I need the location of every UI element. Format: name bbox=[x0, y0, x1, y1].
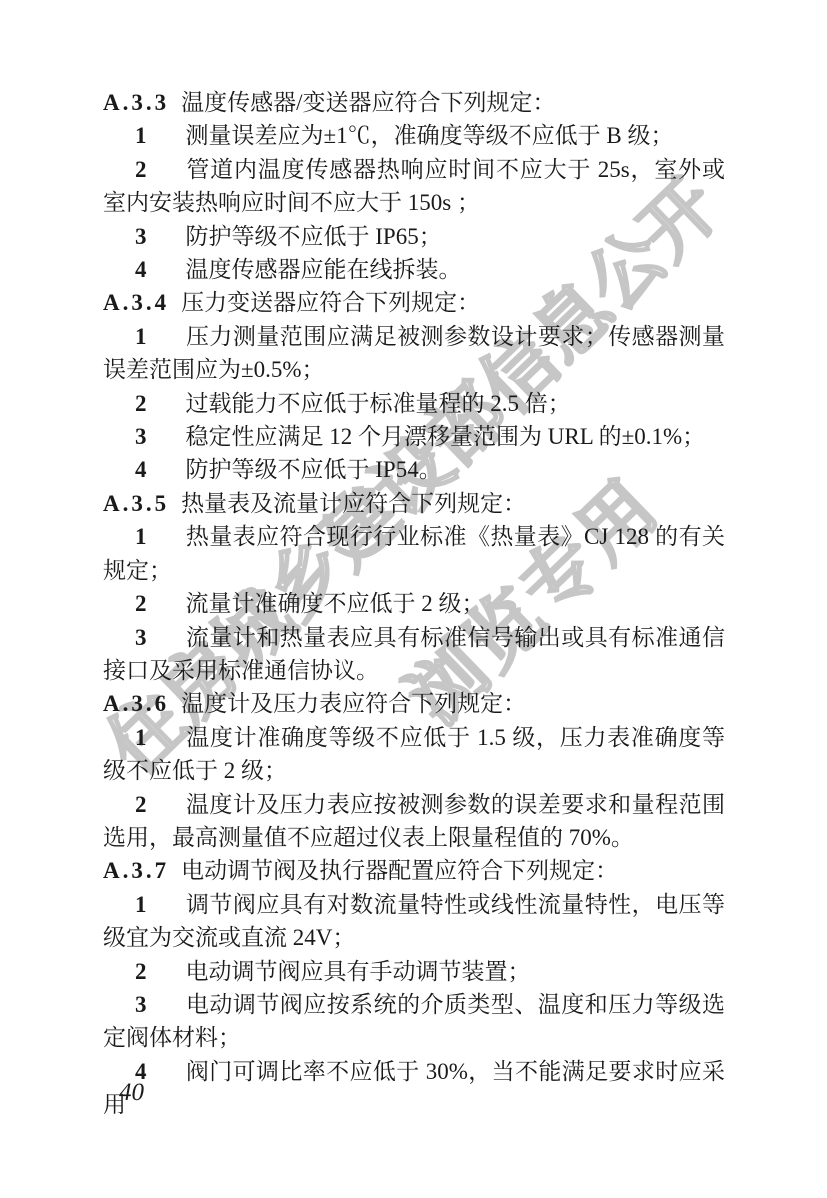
section-heading: A.3.4压力变送器应符合下列规定： bbox=[103, 286, 725, 319]
clause-text: 稳定性应满足 12 个月漂移量范围为 URL 的±0.1%； bbox=[186, 424, 706, 449]
clause-number: 3 bbox=[135, 424, 147, 449]
section-heading: A.3.7电动调节阀及执行器配置应符合下列规定： bbox=[103, 854, 725, 887]
clause-text: 防护等级不应低于 IP65； bbox=[186, 224, 442, 249]
clause-number: 4 bbox=[135, 257, 147, 282]
clause-number: 1 bbox=[135, 123, 147, 148]
clause-item: 4温度传感器应能在线拆装。 bbox=[103, 253, 725, 286]
clause-text: 电动调节阀应具有手动调节装置； bbox=[186, 959, 531, 984]
clause-text: 测量误差应为±1℃，准确度等级不应低于 B 级； bbox=[186, 123, 674, 148]
clause-number: 2 bbox=[135, 959, 147, 984]
clause-item: 3稳定性应满足 12 个月漂移量范围为 URL 的±0.1%； bbox=[103, 420, 725, 453]
clause-item: 3流量计和热量表应具有标准信号输出或具有标准通信接口及采用标准通信协议。 bbox=[103, 621, 725, 688]
clause-item: 2电动调节阀应具有手动调节装置； bbox=[103, 955, 725, 988]
clause-number: 4 bbox=[135, 457, 147, 482]
section-label: A.3.7 bbox=[103, 858, 169, 883]
clause-number: 2 bbox=[135, 391, 147, 416]
clause-text: 电动调节阀应按系统的介质类型、温度和压力等级选定阀体材料； bbox=[103, 992, 725, 1050]
clause-item: 2管道内温度传感器热响应时间不应大于 25s，室外或室内安装热响应时间不应大于 … bbox=[103, 153, 725, 220]
section-title: 电动调节阀及执行器配置应符合下列规定： bbox=[181, 858, 618, 883]
clause-text: 流量计准确度不应低于 2 级； bbox=[186, 591, 485, 616]
document-page: 住房城乡建设部信息公开 浏览专用 A.3.3温度传感器/变送器应符合下列规定：1… bbox=[0, 0, 827, 1198]
clause-number: 3 bbox=[135, 224, 147, 249]
clause-item: 2过载能力不应低于标准量程的 2.5 倍； bbox=[103, 387, 725, 420]
clause-text: 调节阀应具有对数流量特性或线性流量特性，电压等级宜为交流或直流 24V； bbox=[103, 892, 725, 950]
clause-item: 1测量误差应为±1℃，准确度等级不应低于 B 级； bbox=[103, 119, 725, 152]
clause-number: 3 bbox=[135, 625, 147, 650]
clause-number: 1 bbox=[135, 324, 147, 349]
section-label: A.3.5 bbox=[103, 491, 169, 516]
clause-text: 过载能力不应低于标准量程的 2.5 倍； bbox=[186, 391, 571, 416]
clause-number: 1 bbox=[135, 725, 147, 750]
clause-number: 2 bbox=[135, 157, 147, 182]
section-heading: A.3.3温度传感器/变送器应符合下列规定： bbox=[103, 86, 725, 119]
clause-number: 2 bbox=[135, 591, 147, 616]
section-label: A.3.4 bbox=[103, 290, 169, 315]
clause-text: 压力测量范围应满足被测参数设计要求；传感器测量误差范围应为±0.5%； bbox=[103, 324, 725, 382]
section-heading: A.3.6温度计及压力表应符合下列规定： bbox=[103, 687, 725, 720]
clause-text: 阀门可调比率不应低于 30%，当不能满足要求时应采用 bbox=[103, 1059, 725, 1117]
clause-text: 温度计准确度等级不应低于 1.5 级，压力表准确度等级不应低于 2 级； bbox=[103, 725, 725, 783]
section-title: 热量表及流量计应符合下列规定： bbox=[181, 491, 526, 516]
clause-text: 热量表应符合现行行业标准《热量表》CJ 128 的有关规定； bbox=[103, 524, 725, 582]
clause-number: 2 bbox=[135, 792, 147, 817]
section-title: 温度计及压力表应符合下列规定： bbox=[181, 691, 526, 716]
clause-item: 2流量计准确度不应低于 2 级； bbox=[103, 587, 725, 620]
clause-item: 1压力测量范围应满足被测参数设计要求；传感器测量误差范围应为±0.5%； bbox=[103, 320, 725, 387]
document-content: A.3.3温度传感器/变送器应符合下列规定：1测量误差应为±1℃，准确度等级不应… bbox=[103, 86, 725, 1122]
clause-item: 1热量表应符合现行行业标准《热量表》CJ 128 的有关规定； bbox=[103, 520, 725, 587]
page-number: 40 bbox=[119, 1079, 144, 1107]
clause-number: 1 bbox=[135, 892, 147, 917]
clause-item: 1调节阀应具有对数流量特性或线性流量特性，电压等级宜为交流或直流 24V； bbox=[103, 888, 725, 955]
section-title: 温度传感器/变送器应符合下列规定： bbox=[181, 90, 555, 115]
clause-text: 温度传感器应能在线拆装。 bbox=[186, 257, 462, 282]
clause-number: 3 bbox=[135, 992, 147, 1017]
clause-item: 3电动调节阀应按系统的介质类型、温度和压力等级选定阀体材料； bbox=[103, 988, 725, 1055]
clause-text: 温度计及压力表应按被测参数的误差要求和量程范围选用，最高测量值不应超过仪表上限量… bbox=[103, 792, 725, 850]
section-label: A.3.6 bbox=[103, 691, 169, 716]
section-heading: A.3.5热量表及流量计应符合下列规定： bbox=[103, 487, 725, 520]
clause-item: 4防护等级不应低于 IP54。 bbox=[103, 453, 725, 486]
clause-item: 3防护等级不应低于 IP65； bbox=[103, 220, 725, 253]
clause-text: 管道内温度传感器热响应时间不应大于 25s，室外或室内安装热响应时间不应大于 1… bbox=[103, 157, 725, 215]
clause-text: 流量计和热量表应具有标准信号输出或具有标准通信接口及采用标准通信协议。 bbox=[103, 625, 725, 683]
clause-text: 防护等级不应低于 IP54。 bbox=[186, 457, 442, 482]
clause-item: 2温度计及压力表应按被测参数的误差要求和量程范围选用，最高测量值不应超过仪表上限… bbox=[103, 788, 725, 855]
clause-item: 1温度计准确度等级不应低于 1.5 级，压力表准确度等级不应低于 2 级； bbox=[103, 721, 725, 788]
section-title: 压力变送器应符合下列规定： bbox=[181, 290, 480, 315]
clause-number: 1 bbox=[135, 524, 147, 549]
section-label: A.3.3 bbox=[103, 90, 169, 115]
clause-item: 4阀门可调比率不应低于 30%，当不能满足要求时应采用 bbox=[103, 1055, 725, 1122]
